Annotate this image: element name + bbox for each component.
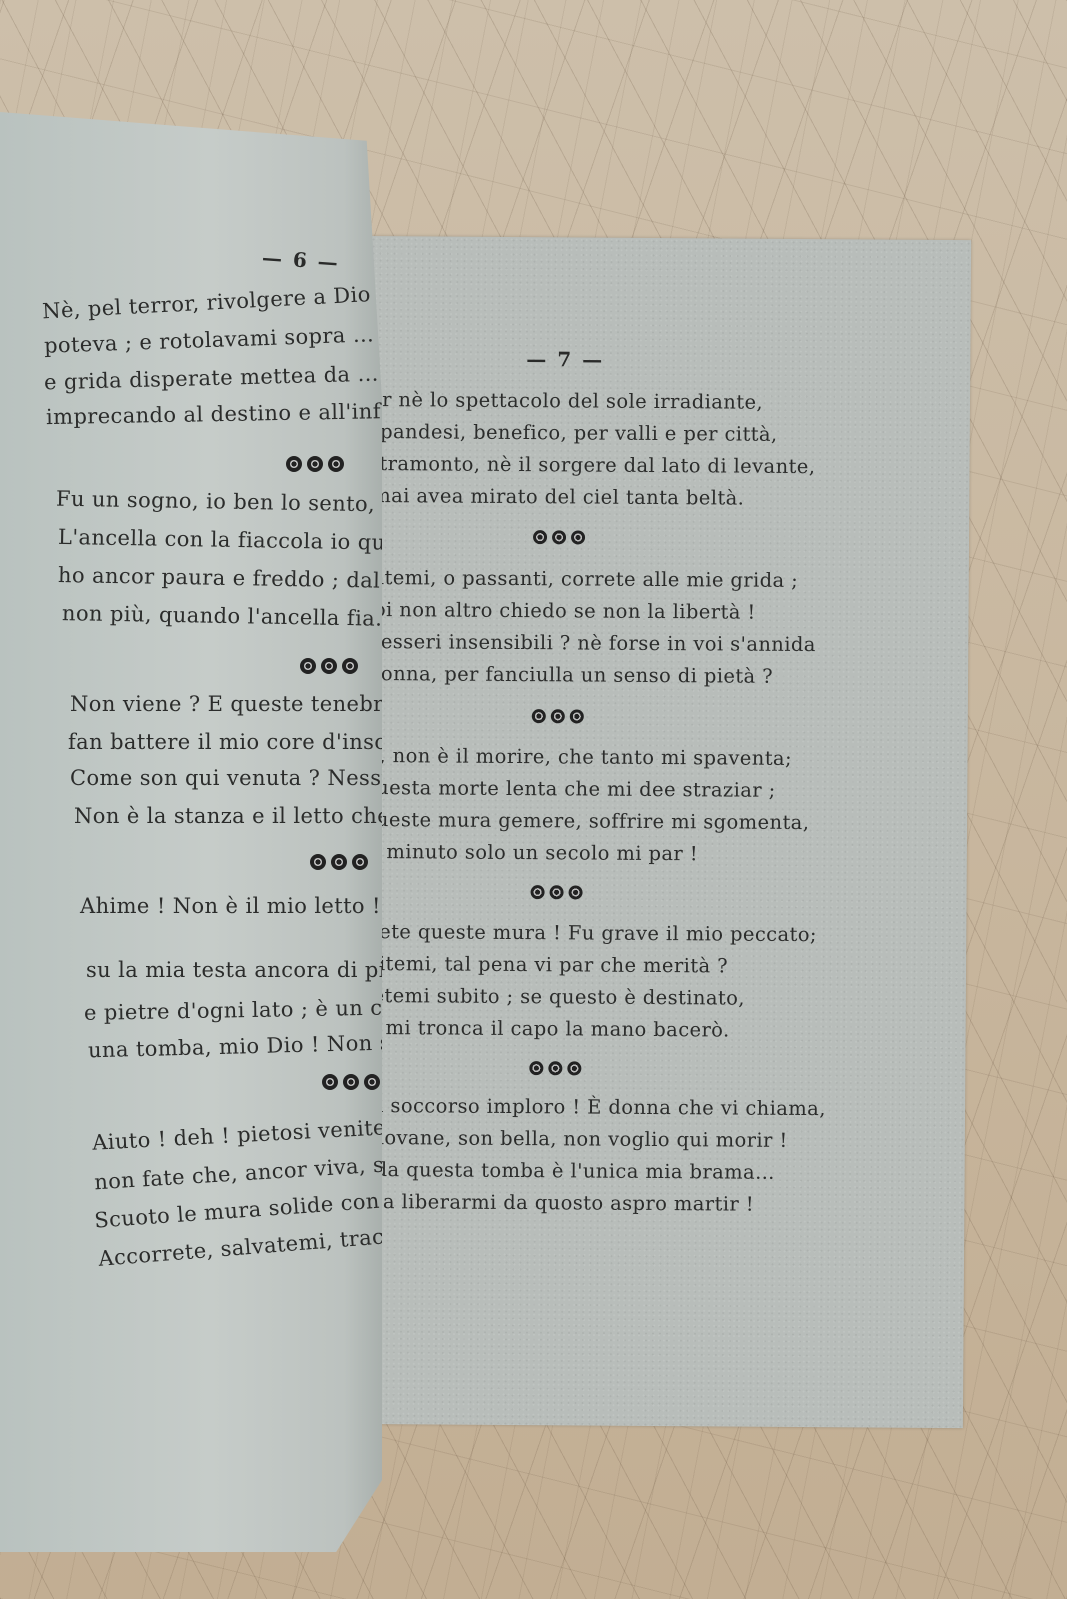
page-7: — 7 — or nè lo spettacolo del sole irrad… <box>341 236 971 1428</box>
verse-line: nmai avea mirato del ciel tanta beltà. <box>359 484 744 510</box>
verse-line: su la mia testa ancora di pie… <box>86 958 420 982</box>
verse-line: ditemi, tal pena vi par che merità ? <box>366 952 728 978</box>
verse-line: poteva ; e rotolavami sopra … <box>44 322 375 358</box>
ornament-dingbat <box>531 885 583 899</box>
verse-line: Nè, pel terror, rivolgere a Dio … <box>42 281 400 324</box>
ornament-dingbat <box>322 1074 380 1090</box>
verse-line: e pietre d'ogni lato ; è un ca… <box>84 995 417 1025</box>
verse-line: pete queste mura ! Fu grave il mio pecca… <box>366 920 817 946</box>
ornament-dingbat <box>532 709 584 723</box>
verse-line: ho ancor paura e freddo ; dal… <box>58 563 402 593</box>
verse-line: or nè lo spettacolo del sole irradiante, <box>370 388 763 414</box>
verse-line: ıi mi tronca il capo la mano bacerò. <box>366 1016 730 1042</box>
verse-line: oi soccorso imploro ! È donna che vi chi… <box>365 1094 826 1120</box>
verse-line: ratemi, o passanti, correte alle mie gri… <box>363 566 799 592</box>
verse-line: n minuto solo un secolo mi par ! <box>367 840 698 865</box>
verse-line: Non è la stanza e il letto che… <box>74 804 411 828</box>
verse-line: voi non altro chiedo se non la libertà ! <box>362 598 755 624</box>
verse-line: una tomba, mio Dio ! Non se… <box>88 1030 426 1063</box>
verse-line: e grida disperate mettea da … <box>44 362 379 395</box>
page-number-6: — 6 — <box>261 245 340 274</box>
verse-line: non più, quando l'ancella fia… <box>62 601 397 631</box>
ornament-dingbat <box>533 530 585 544</box>
verse-line: spandesi, benefico, per valli e per citt… <box>370 420 778 446</box>
verse-line: da questa tomba è l'unica mia brama… <box>375 1158 776 1184</box>
verse-line: letemi subito ; se questo è destinato, <box>366 984 745 1010</box>
verse-line: queste mura gemere, soffrire mi sgomenta… <box>363 808 809 834</box>
verse-line: e esseri insensibili ? nè forse in voi s… <box>362 630 816 656</box>
verse-line: Come son qui venuta ? Nessun… <box>70 766 431 790</box>
verse-line: è, non è il morire, che tanto mi spavent… <box>367 744 792 770</box>
verse-line: imprecando al destino e all'inf… <box>46 399 403 429</box>
page-6: — 6 — Nè, pel terror, rivolgere a Dio … … <box>0 112 382 1552</box>
verse-line: Ahime ! Non è il mio letto ! … <box>80 894 409 918</box>
verse-line: L'ancella con la fiaccola io qui… <box>58 525 414 555</box>
ornament-dingbat <box>529 1061 581 1075</box>
page-number-7: — 7 — <box>526 347 604 372</box>
verse-line: donna, per fanciulla un senso di pietà ? <box>368 662 773 688</box>
verse-line: questa morte lenta che mi dee straziar ; <box>363 776 775 802</box>
ornament-dingbat <box>310 854 368 870</box>
verse-line: e a liberarmi da quosto aspro martir ! <box>364 1190 754 1216</box>
verse-line: giovane, son bella, non voglio qui morir… <box>365 1126 788 1152</box>
ornament-dingbat <box>286 456 344 472</box>
verse-line: fan battere il mio core d'inso… <box>68 730 409 754</box>
verse-line: il tramonto, nè il sorgere dal lato di l… <box>359 452 815 478</box>
verse-line: Aiuto ! deh ! pietosi venite a… <box>92 1113 428 1155</box>
ornament-dingbat <box>300 658 358 674</box>
